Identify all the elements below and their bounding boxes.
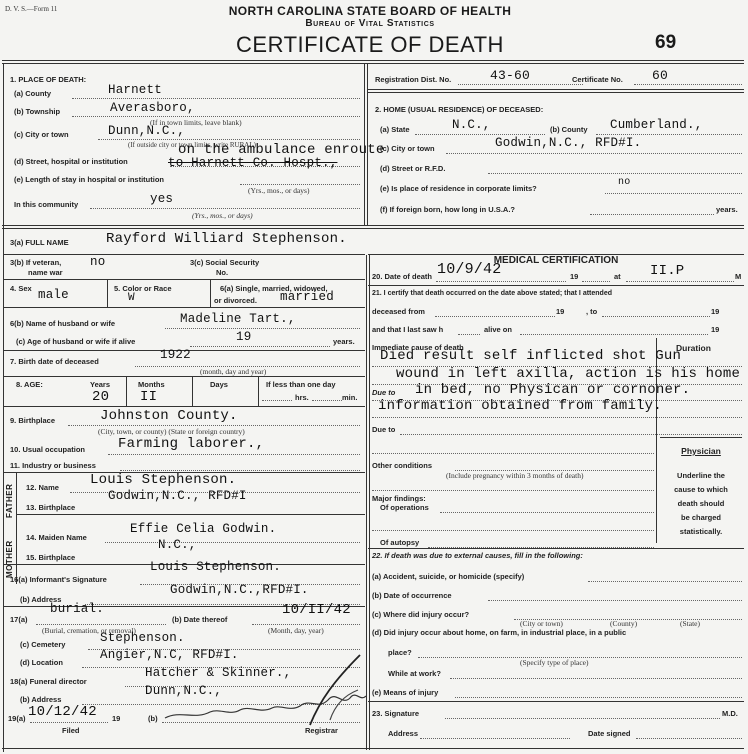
sex-value[interactable]: male: [38, 288, 69, 302]
age-years-value[interactable]: 20: [92, 389, 109, 405]
veteran-label-2: name war: [28, 268, 63, 277]
home-city-label: (c) City or town: [380, 144, 435, 153]
death-street-value-line2[interactable]: to Harnett Co. Hospt.,: [168, 156, 337, 170]
age-years-label: Years: [90, 380, 110, 389]
mother-name-label: 14. Maiden Name: [26, 533, 87, 542]
other-conditions-note: (Include pregnancy within 3 months of de…: [446, 471, 583, 480]
where-county-note: (County): [610, 619, 637, 628]
burial-date-value[interactable]: 10/II/42: [282, 602, 351, 618]
medical-heading: MEDICAL CERTIFICATION: [368, 255, 744, 266]
physician-note-line: Underline the: [658, 469, 744, 483]
physician-signature-label: 23. Signature: [372, 709, 419, 718]
cemetery-label: (c) Cemetery: [20, 640, 65, 649]
autopsy-label: Of autopsy: [380, 538, 419, 547]
ssn-label-2: No.: [216, 268, 228, 277]
death-time-value[interactable]: II.P: [650, 263, 684, 279]
registrar-label: (b): [148, 714, 158, 723]
home-state-label: (a) State: [380, 125, 410, 134]
certify-to-label: , to: [586, 307, 597, 316]
cause-line-3[interactable]: in bed, no Physican or cornoner.: [415, 382, 690, 398]
place-of-death-heading: 1. PLACE OF DEATH:: [10, 75, 86, 84]
age-label: 8. AGE:: [16, 380, 43, 389]
injury-home-label: (d) Did injury occur about home, on farm…: [372, 628, 626, 637]
stay-note: (Yrs., mos., or days): [248, 186, 309, 195]
death-city-label: (c) City or town: [14, 130, 69, 139]
father-name-label: 12. Name: [26, 483, 59, 492]
means-label: (e) Means of injury: [372, 688, 438, 697]
race-value[interactable]: W: [128, 292, 135, 304]
occupation-label: 10. Usual occupation: [10, 445, 85, 454]
physician-address-label: Address: [388, 729, 418, 738]
death-date-value[interactable]: 10/9/42: [437, 261, 501, 278]
spouse-age-value[interactable]: 19: [236, 330, 251, 344]
other-conditions-label: Other conditions: [372, 461, 432, 470]
death-city-value[interactable]: Dunn,N.C.,: [108, 124, 185, 138]
sex-label: 4. Sex: [10, 284, 32, 293]
registrar-caption: Registrar: [305, 726, 338, 735]
cause-line-4[interactable]: information obtained from family.: [378, 398, 662, 414]
cert-no-value[interactable]: 60: [652, 68, 668, 83]
spouse-age-suffix: years.: [333, 337, 355, 346]
industry-label: 11. Industry or business: [10, 461, 96, 470]
physician-note-line: be charged: [658, 511, 744, 525]
reg-dist-value[interactable]: 43-60: [490, 68, 530, 83]
due-to-label-1: Due to: [372, 388, 395, 397]
burial-location-label: (d) Location: [20, 658, 63, 667]
occurrence-label: (b) Date of occurrence: [372, 591, 452, 600]
home-state-value[interactable]: N.C.,: [452, 118, 491, 132]
physician-note: Underline the cause to which death shoul…: [658, 469, 744, 539]
foreign-born-suffix: years.: [716, 205, 738, 214]
accident-label: (a) Accident, suicide, or homicide (spec…: [372, 572, 524, 581]
md-suffix: M.D.: [722, 709, 738, 718]
spouse-value[interactable]: Madeline Tart.,: [180, 312, 296, 326]
physician-note-line: statistically.: [658, 525, 744, 539]
mother-name-value[interactable]: Effie Celia Godwin.: [130, 522, 276, 536]
birthplace-label: 9. Birthplace: [10, 416, 55, 425]
marital-label-2: or divorced.: [214, 296, 257, 305]
informant-address-value[interactable]: Godwin,N.C.,RFD#I.: [170, 583, 309, 597]
cert-no-label: Certificate No.: [572, 75, 623, 84]
father-birthplace-value[interactable]: Godwin,N.C., RFD#I: [108, 489, 247, 503]
spouse-age-label: (c) Age of husband or wife if alive: [16, 337, 135, 346]
informant-signature-value[interactable]: Louis Stephenson.: [150, 560, 281, 574]
reg-dist-label: Registration Dist. No.: [375, 75, 451, 84]
cause-line-1[interactable]: Died result self inflicted shot Gun: [380, 348, 681, 364]
filed-year-label: 19: [112, 714, 120, 723]
mother-birthplace-value[interactable]: N.C.,: [158, 538, 197, 552]
certify-statement: 21. I certify that death occurred on the…: [372, 290, 612, 297]
corporate-limits-label: (e) Is place of residence in corporate l…: [380, 184, 537, 193]
death-street-label: (d) Street, hospital or institution: [14, 157, 128, 166]
burial-type-value[interactable]: burial.: [50, 602, 104, 616]
birthplace-value[interactable]: Johnston County.: [100, 408, 238, 424]
where-label: (c) Where did injury occur?: [372, 610, 469, 619]
cemetery-value[interactable]: Stephenson.: [100, 631, 185, 645]
death-at-label: at: [614, 272, 621, 281]
foreign-born-label: (f) If foreign born, how long in U.S.A.?: [380, 205, 515, 214]
community-note: (Yrs., mos., or days): [192, 211, 253, 220]
race-label: 5. Color or Race: [114, 284, 172, 293]
occupation-value[interactable]: Farming laborer.,: [118, 436, 264, 452]
cause-line-2[interactable]: wound in left axilla, action is his home: [396, 366, 740, 382]
physician-note-line: cause to which: [658, 483, 744, 497]
full-name-value[interactable]: Rayford Williard Stephenson.: [106, 231, 347, 247]
major-findings-label: Major findings:: [372, 494, 426, 503]
death-year-label: 19: [570, 272, 578, 281]
external-heading: 22. If death was due to external causes,…: [372, 551, 583, 560]
home-county-value[interactable]: Cumberland.,: [610, 118, 702, 132]
stay-label: (e) Length of stay in hospital or instit…: [14, 175, 164, 184]
certify-from-label: deceased from: [372, 307, 425, 316]
home-street-label: (d) Street or R.F.D.: [380, 164, 445, 173]
burial-type-label: 17(a): [10, 615, 28, 624]
funeral-address-label: (b) Address: [20, 695, 61, 704]
bureau-name: Bureau of Vital Statistics: [210, 18, 530, 29]
age-less-label: If less than one day: [266, 380, 336, 389]
corporate-limits-value[interactable]: no: [618, 177, 630, 188]
page-title: CERTIFICATE OF DEATH: [200, 32, 540, 58]
birthplace-note: (City, town, or county) (State or foreig…: [98, 427, 245, 436]
filed-date-value[interactable]: 10/12/42: [28, 704, 97, 720]
physician-note-line: death should: [658, 497, 744, 511]
mother-tag: MOTHER: [5, 524, 14, 578]
father-birthplace-label: 13. Birthplace: [26, 503, 75, 512]
death-date-label: 20. Date of death: [372, 272, 432, 281]
certify-year-b: 19: [711, 307, 719, 316]
birth-date-label: 7. Birth date of deceased: [10, 357, 99, 366]
header-divider: [2, 60, 744, 64]
duration-label: Duration: [676, 343, 711, 353]
filed-label: 19(a): [8, 714, 26, 723]
veteran-value[interactable]: no: [90, 255, 105, 269]
death-county-label: (a) County: [14, 89, 51, 98]
informant-signature-label: 16(a) Informant's Signature: [10, 575, 107, 584]
marital-value[interactable]: married: [280, 290, 334, 304]
father-name-value[interactable]: Louis Stephenson.: [90, 472, 236, 488]
left-border: [3, 64, 4, 752]
agency-name: NORTH CAROLINA STATE BOARD OF HEALTH: [210, 4, 530, 18]
last-seen-label: and that I last saw h: [372, 325, 443, 334]
death-township-value[interactable]: Averasboro,: [110, 101, 195, 115]
death-county-value[interactable]: Harnett: [108, 83, 162, 97]
physician-heading: Physician: [658, 446, 744, 456]
funeral-director-label: 18(a) Funeral director: [10, 677, 87, 686]
home-heading: 2. HOME (USUAL RESIDENCE) OF DECEASED:: [375, 105, 543, 114]
due-to-label-2: Due to: [372, 425, 395, 434]
veteran-label: 3(b) If veteran,: [10, 258, 61, 267]
place-note: (Specify type of place): [520, 658, 589, 667]
birth-date-value[interactable]: 1922: [160, 348, 191, 362]
spouse-label: 6(b) Name of husband or wife: [10, 319, 115, 328]
bottom-border: [2, 748, 744, 749]
date-signed-label: Date signed: [588, 729, 631, 738]
where-state-note: (State): [680, 619, 700, 628]
section-divider: [2, 225, 744, 229]
certify-year-c: 19: [711, 325, 719, 334]
age-min-label: min.: [342, 393, 357, 402]
where-city-note: (City or town): [520, 619, 563, 628]
death-township-label: (b) Township: [14, 107, 60, 116]
ssn-label: 3(c) Social Security: [190, 258, 259, 267]
father-tag: FATHER: [5, 474, 14, 518]
certify-year-a: 19: [556, 307, 564, 316]
form-id: D. V. S.—Form 11: [5, 5, 57, 13]
community-value[interactable]: yes: [150, 192, 173, 206]
reg-divider: [368, 89, 744, 93]
age-months-label: Months: [138, 380, 165, 389]
alive-on-label: alive on: [484, 325, 512, 334]
age-hrs-label: hrs.: [295, 393, 309, 402]
full-name-label: 3(a) FULL NAME: [10, 238, 69, 247]
operations-label: Of operations: [380, 503, 429, 512]
home-county-label: (b) County: [550, 125, 588, 134]
community-label: In this community: [14, 200, 78, 209]
burial-date-label: (b) Date thereof: [172, 615, 227, 624]
burial-date-note: (Month, day, year): [268, 626, 324, 635]
registrar-signature: [160, 650, 370, 730]
death-time-suffix: M: [735, 272, 741, 281]
filed-caption: Filed: [62, 726, 80, 735]
place-label: place?: [388, 648, 412, 657]
home-city-value[interactable]: Godwin,N.C., RFD#I.: [495, 136, 641, 150]
age-days-label: Days: [210, 380, 228, 389]
stamp-number: 69: [655, 32, 676, 54]
mother-birthplace-label: 15. Birthplace: [26, 553, 75, 562]
age-months-value[interactable]: II: [140, 389, 157, 405]
while-at-work-label: While at work?: [388, 669, 441, 678]
birth-date-note: (month, day and year): [200, 367, 266, 376]
